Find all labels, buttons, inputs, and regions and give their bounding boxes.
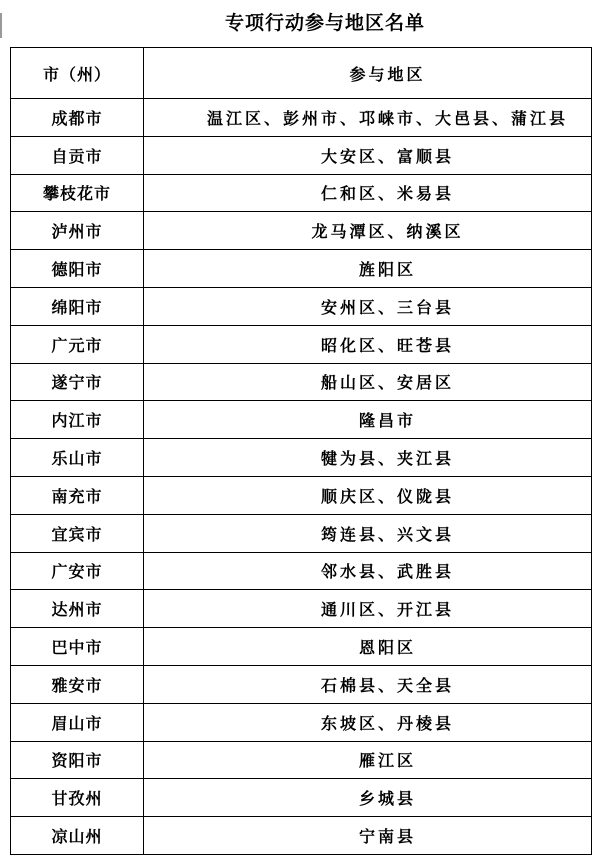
table-header-row: 市（州） 参与地区 [11,48,592,99]
regions-cell: 旌阳区 [144,250,592,288]
regions-table: 市（州） 参与地区 成都市 温江区、彭州市、邛崃市、大邑县、蒲江县 自贡市 大安… [10,47,592,855]
city-cell: 自贡市 [11,136,144,174]
city-cell: 德阳市 [11,250,144,288]
table-row: 南充市 顺庆区、仪陇县 [11,476,592,514]
city-cell: 雅安市 [11,665,144,703]
city-cell: 内江市 [11,401,144,439]
regions-cell: 大安区、富顺县 [144,136,592,174]
table-row: 广元市 昭化区、旺苍县 [11,325,592,363]
regions-cell: 石棉县、天全县 [144,665,592,703]
table-row: 广安市 邻水县、武胜县 [11,552,592,590]
table-row: 乐山市 犍为县、夹江县 [11,439,592,477]
page-title: 专项行动参与地区名单 [25,8,600,35]
page-edge-artifact [0,13,2,38]
table-row: 绵阳市 安州区、三台县 [11,287,592,325]
regions-cell: 龙马潭区、纳溪区 [144,212,592,250]
city-cell: 凉山州 [11,817,144,855]
table-row: 遂宁市 船山区、安居区 [11,363,592,401]
city-cell: 广安市 [11,552,144,590]
regions-cell: 昭化区、旺苍县 [144,325,592,363]
city-cell: 广元市 [11,325,144,363]
regions-cell: 雁江区 [144,741,592,779]
regions-cell: 东坡区、丹棱县 [144,703,592,741]
city-cell: 南充市 [11,476,144,514]
table-row: 攀枝花市 仁和区、米易县 [11,174,592,212]
table-row: 资阳市 雁江区 [11,741,592,779]
regions-cell: 乡城县 [144,779,592,817]
table-row: 宜宾市 筠连县、兴文县 [11,514,592,552]
city-cell: 甘孜州 [11,779,144,817]
header-city: 市（州） [11,48,144,99]
table-row: 巴中市 恩阳区 [11,628,592,666]
table-row: 甘孜州 乡城县 [11,779,592,817]
table-row: 内江市 隆昌市 [11,401,592,439]
table-row: 凉山州 宁南县 [11,817,592,855]
city-cell: 资阳市 [11,741,144,779]
regions-cell: 隆昌市 [144,401,592,439]
city-cell: 乐山市 [11,439,144,477]
regions-cell: 筠连县、兴文县 [144,514,592,552]
table-row: 德阳市 旌阳区 [11,250,592,288]
table-row: 眉山市 东坡区、丹棱县 [11,703,592,741]
regions-cell: 安州区、三台县 [144,287,592,325]
city-cell: 遂宁市 [11,363,144,401]
city-cell: 眉山市 [11,703,144,741]
header-regions: 参与地区 [144,48,592,99]
regions-cell: 仁和区、米易县 [144,174,592,212]
city-cell: 成都市 [11,99,144,137]
table-row: 成都市 温江区、彭州市、邛崃市、大邑县、蒲江县 [11,99,592,137]
regions-cell: 顺庆区、仪陇县 [144,476,592,514]
city-cell: 巴中市 [11,628,144,666]
regions-cell: 恩阳区 [144,628,592,666]
regions-cell: 邻水县、武胜县 [144,552,592,590]
city-cell: 宜宾市 [11,514,144,552]
regions-cell: 通川区、开江县 [144,590,592,628]
table-row: 雅安市 石棉县、天全县 [11,665,592,703]
table-row: 自贡市 大安区、富顺县 [11,136,592,174]
city-cell: 泸州市 [11,212,144,250]
regions-cell: 船山区、安居区 [144,363,592,401]
regions-cell: 犍为县、夹江县 [144,439,592,477]
city-cell: 达州市 [11,590,144,628]
table-row: 泸州市 龙马潭区、纳溪区 [11,212,592,250]
regions-cell: 温江区、彭州市、邛崃市、大邑县、蒲江县 [144,99,592,137]
city-cell: 攀枝花市 [11,174,144,212]
table-row: 达州市 通川区、开江县 [11,590,592,628]
regions-cell: 宁南县 [144,817,592,855]
document-page: { "title": "专项行动参与地区名单", "colors": { "ba… [0,0,600,861]
city-cell: 绵阳市 [11,287,144,325]
